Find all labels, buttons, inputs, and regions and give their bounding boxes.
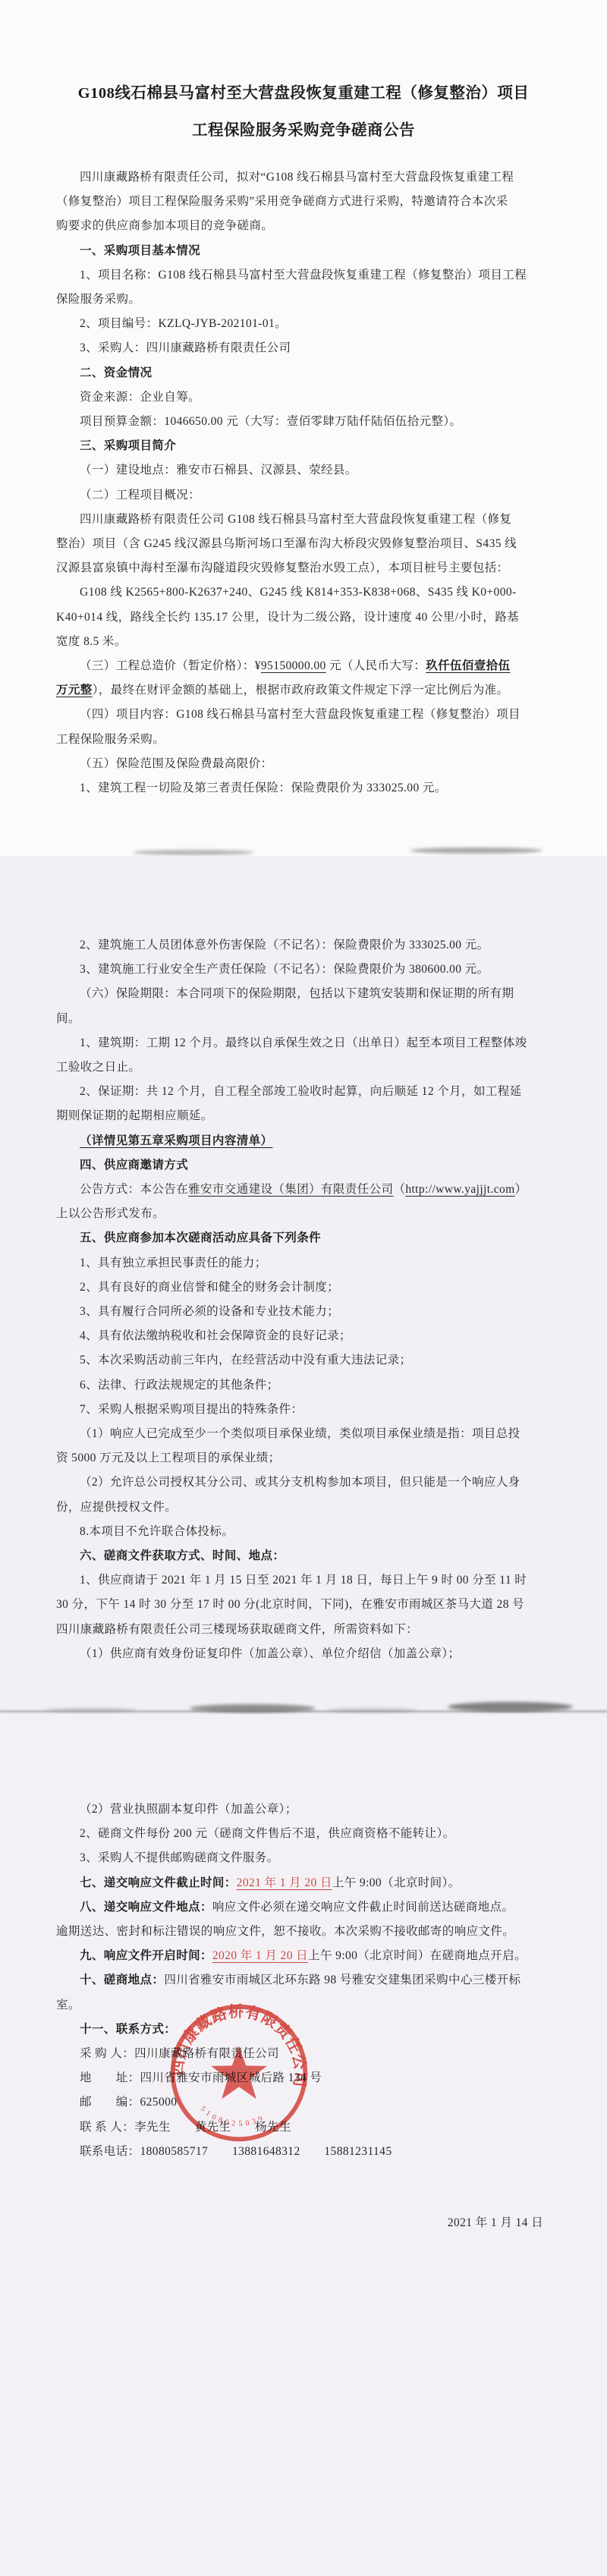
doc-line: 8.本项目不允许联合体投标。 bbox=[56, 1520, 578, 1544]
doc-line: 十一、联系方式： bbox=[56, 2018, 578, 2042]
scan-artifact bbox=[448, 1702, 573, 1712]
doc-line: （2）营业执照副本复印件（加盖公章）； bbox=[56, 1798, 578, 1822]
doc-line: 2、建筑施工人员团体意外伤害保险（不记名）：保险费限价为 333025.00 元… bbox=[56, 933, 578, 958]
scan-artifact bbox=[133, 850, 254, 855]
text-run: 2020 年 1 月 20 日 bbox=[212, 1949, 308, 1962]
page-1: G108线石棉县马富村至大营盘段恢复重建工程（修复整治）项目 工程保险服务采购竞… bbox=[0, 0, 607, 856]
scan-artifact bbox=[410, 848, 543, 854]
doc-line: 五、供应商参加本次磋商活动应具备下列条件 bbox=[56, 1226, 578, 1250]
doc-line: （二）工程项目概况： bbox=[56, 483, 578, 508]
company-seal: 四川康藏路桥有限责任公司 5108025039 bbox=[165, 1998, 313, 2148]
text-run: 八、递交响应文件地点： bbox=[80, 1901, 212, 1914]
svg-text:5108025039: 5108025039 bbox=[199, 2105, 266, 2128]
doc-line: 六、磋商文件获取方式、时间、地点： bbox=[56, 1544, 578, 1568]
title-line-1: G108线石棉县马富村至大营盘段恢复重建工程（修复整治）项目 bbox=[0, 75, 607, 112]
doc-line: （四）项目内容：G108 线石棉县马富村至大营盘段恢复重建工程（修复整治）项目 bbox=[56, 703, 578, 727]
doc-line: 购要求的供应商参加本项目的竞争磋商。 bbox=[56, 214, 578, 238]
doc-line: 资 5000 万元及以上工程项目的承保业绩； bbox=[56, 1446, 578, 1470]
doc-line: 1、具有独立承担民事责任的能力； bbox=[56, 1251, 578, 1275]
doc-line: 联系电话：18080585717 13881648312 15881231145 bbox=[56, 2140, 578, 2164]
doc-line: 3、采购人不提供邮购磋商文件服务。 bbox=[56, 1846, 578, 1870]
page-2: 2、建筑施工人员团体意外伤害保险（不记名）：保险费限价为 333025.00 元… bbox=[0, 856, 607, 1715]
doc-line: 项目预算金额：1046650.00 元（大写：壹佰零肆万陆仟陆佰伍拾元整）。 bbox=[56, 410, 578, 434]
doc-line: （三）工程总造价（暂定价格）：¥95150000.00 元（人民币大写：玖仟伍佰… bbox=[56, 654, 578, 678]
doc-line: 份，应提供授权文件。 bbox=[56, 1496, 578, 1520]
doc-line: 汉源县富泉镇中海村至瀑布沟隧道段灾毁修复整治水毁工点），本项目桩号主要包括： bbox=[56, 556, 578, 580]
doc-line: 四、供应商邀请方式 bbox=[56, 1153, 578, 1178]
doc-line: 6、法律、行政法规规定的其他条件； bbox=[56, 1373, 578, 1398]
doc-line: 上以公告形式发布。 bbox=[56, 1202, 578, 1226]
text-run: 九、响应文件开启时间： bbox=[80, 1949, 212, 1962]
doc-line: 2、项目编号：KZLQ-JYB-202101-01。 bbox=[56, 312, 578, 336]
doc-line: 九、响应文件开启时间：2020 年 1 月 20 日上午 9:00（北京时间）在… bbox=[56, 1944, 578, 1968]
doc-line: （六）保险期限：本合同项下的保险期限，包括以下建筑安装期和保证期的所有期 bbox=[56, 982, 578, 1006]
doc-line: 30 分，下午 14 时 30 分至 17 时 00 分(北京时间，下同)，在雅… bbox=[56, 1593, 578, 1617]
doc-line: 3、建筑施工行业安全生产责任保险（不记名）：保险费限价为 380600.00 元… bbox=[56, 958, 578, 982]
scanned-document: G108线石棉县马富村至大营盘段恢复重建工程（修复整治）项目 工程保险服务采购竞… bbox=[0, 0, 607, 2576]
doc-line: （详情见第五章采购项目内容清单） bbox=[56, 1129, 578, 1153]
announcement-date: 2021 年 1 月 14 日 bbox=[448, 2213, 543, 2230]
doc-line: （五）保险范围及保险费最高限价： bbox=[56, 752, 578, 776]
doc-line: （1）响应人已完成至少一个类似项目承保业绩，类似项目承保业绩是指：项目总投 bbox=[56, 1422, 578, 1446]
doc-line: 2、保证期：共 12 个月，自工程全部竣工验收时起算，向后顺延 12 个月，如工… bbox=[56, 1080, 578, 1104]
doc-line: 八、递交响应文件地点：响应文件必须在递交响应文件截止时间前送达磋商地点。 bbox=[56, 1895, 578, 1920]
text-run: 十、磋商地点： bbox=[80, 1974, 164, 1986]
text-run: 95150000.00 bbox=[261, 659, 326, 672]
doc-line: 四川康藏路桥有限责任公司，拟对“G108 线石棉县马富村至大营盘段恢复重建工程 bbox=[56, 165, 578, 190]
doc-line: （修复整治）项目工程保险服务采购”采用竞争磋商方式进行采购，特邀请符合本次采 bbox=[56, 190, 578, 214]
doc-line: （2）允许总公司授权其分公司、或其分支机构参加本项目，但只能是一个响应人身 bbox=[56, 1470, 578, 1495]
text-run: 响应文件必须在递交响应文件截止时间前送达磋商地点。 bbox=[212, 1901, 514, 1914]
doc-line: 1、供应商请于 2021 年 1 月 15 日至 2021 年 1 月 18 日… bbox=[56, 1568, 578, 1593]
text-run: 上午 9:00（北京时间）在磋商地点开启。 bbox=[308, 1949, 527, 1962]
doc-line: 资金来源：企业自筹。 bbox=[56, 385, 578, 410]
doc-line: 宽度 8.5 米。 bbox=[56, 630, 578, 654]
doc-line: 室。 bbox=[56, 1993, 578, 2018]
doc-line: 四川康藏路桥有限责任公司三楼现场获取磋商文件，所需资料如下： bbox=[56, 1618, 578, 1642]
seal-star bbox=[211, 2046, 267, 2099]
seal-number-text: 5108025039 bbox=[199, 2105, 266, 2128]
text-run: 2021 年 1 月 20 日 bbox=[237, 1876, 332, 1889]
text-run: 万元整 bbox=[56, 684, 93, 697]
scan-artifact bbox=[46, 1708, 137, 1712]
text-run: 玖仟伍佰壹拾伍 bbox=[426, 659, 510, 672]
page-3: （2）营业执照副本复印件（加盖公章）；2、磋商文件每份 200 元（磋商文件售后… bbox=[0, 1715, 607, 2576]
doc-line: 1、建筑期：工期 12 个月。最终以自承保生效之日（出单日）起至本项目工程整体竣 bbox=[56, 1031, 578, 1055]
document-title: G108线石棉县马富村至大营盘段恢复重建工程（修复整治）项目 工程保险服务采购竞… bbox=[0, 75, 607, 149]
doc-line: 采 购 人：四川康藏路桥有限责任公司 bbox=[56, 2042, 578, 2066]
doc-line: 保险服务采购。 bbox=[56, 288, 578, 312]
scan-artifact bbox=[190, 1704, 315, 1713]
doc-line: 联 系 人：李先生 黄先生 杨先生 bbox=[56, 2115, 578, 2140]
doc-line: 期则保证期的起期相应顺延。 bbox=[56, 1104, 578, 1128]
doc-line: 三、采购项目简介 bbox=[56, 434, 578, 458]
doc-line: 四川康藏路桥有限责任公司 G108 线石棉县马富村至大营盘段恢复重建工程（修复 bbox=[56, 508, 578, 532]
text-run: （详情见第五章采购项目内容清单） bbox=[80, 1134, 272, 1147]
doc-line: G108 线 K2565+800-K2637+240、G245 线 K814+3… bbox=[56, 580, 578, 605]
text-run: ），最终在财评金额的基础上，根据市政府政策文件规定下浮一定比例后为准。 bbox=[93, 684, 509, 697]
text-run: 雅安市交通建设（集团）有限责任公司 bbox=[188, 1183, 393, 1196]
text-run: （ bbox=[393, 1183, 405, 1196]
doc-line: 4、具有依法缴纳税收和社会保障资金的良好记录； bbox=[56, 1324, 578, 1348]
text-run: 元（人民币大写： bbox=[326, 659, 426, 672]
doc-line: 3、具有履行合同所必须的设备和专业技术能力； bbox=[56, 1300, 578, 1324]
doc-line: 3、采购人：四川康藏路桥有限责任公司 bbox=[56, 336, 578, 360]
doc-line: 间。 bbox=[56, 1007, 578, 1031]
doc-line: 7、采购人根据采购项目提出的特殊条件： bbox=[56, 1398, 578, 1422]
text-run: 七、递交响应文件截止时间： bbox=[80, 1876, 237, 1889]
doc-line: 整治）项目（含 G245 线汉源县乌斯河场口至瀑布沟大桥段灾毁修复整治项目、S4… bbox=[56, 532, 578, 556]
company-seal-graphic: 四川康藏路桥有限责任公司 5108025039 bbox=[165, 1998, 313, 2148]
doc-line: 1、项目名称：G108 线石棉县马富村至大营盘段恢复重建工程（修复整治）项目工程 bbox=[56, 263, 578, 288]
title-line-2: 工程保险服务采购竞争磋商公告 bbox=[0, 112, 607, 149]
page-2-content: 2、建筑施工人员团体意外伤害保险（不记名）：保险费限价为 333025.00 元… bbox=[56, 933, 578, 1666]
doc-line: K40+014 线，路线全长约 135.17 公里，设计为二级公路，设计速度 4… bbox=[56, 605, 578, 630]
doc-line: 5、本次采购活动前三年内，在经营活动中没有重大违法记录； bbox=[56, 1348, 578, 1373]
scan-artifact bbox=[326, 1708, 417, 1713]
doc-line: 二、资金情况 bbox=[56, 361, 578, 385]
doc-line: 邮 编：625000 bbox=[56, 2090, 578, 2115]
text-run: 四川省雅安市雨城区北环东路 98 号雅安交建集团采购中心三楼开标 bbox=[164, 1974, 521, 1986]
doc-line: 2、磋商文件每份 200 元（磋商文件售后不退，供应商资格不能转让）。 bbox=[56, 1822, 578, 1846]
doc-line: 万元整），最终在财评金额的基础上，根据市政府政策文件规定下浮一定比例后为准。 bbox=[56, 678, 578, 703]
text-run: http://www.yajjjt.com bbox=[405, 1183, 514, 1196]
doc-line: 工验收之日止。 bbox=[56, 1055, 578, 1080]
doc-line: 一、采购项目基本情况 bbox=[56, 239, 578, 263]
doc-line: 2、具有良好的商业信誉和健全的财务会计制度； bbox=[56, 1275, 578, 1300]
doc-line: 十、磋商地点：四川省雅安市雨城区北环东路 98 号雅安交建集团采购中心三楼开标 bbox=[56, 1968, 578, 1993]
doc-line: 逾期送达、密封和标注错误的响应文件，恕不接收。本次采购不接收邮寄的响应文件。 bbox=[56, 1920, 578, 1944]
doc-line: 地 址：四川省雅安市雨城区城后路 134 号 bbox=[56, 2066, 578, 2090]
page-3-content: （2）营业执照副本复印件（加盖公章）；2、磋商文件每份 200 元（磋商文件售后… bbox=[56, 1798, 578, 2164]
doc-line: 七、递交响应文件截止时间：2021 年 1 月 20 日上午 9:00（北京时间… bbox=[56, 1871, 578, 1895]
doc-line: 公告方式：本公告在雅安市交通建设（集团）有限责任公司（http://www.ya… bbox=[56, 1178, 578, 1202]
text-run: ） bbox=[515, 1183, 527, 1196]
doc-line: 工程保险服务采购。 bbox=[56, 728, 578, 752]
text-run: （三）工程总造价（暂定价格）：¥ bbox=[80, 659, 261, 672]
doc-line: （一）建设地点：雅安市石棉县、汉源县、荥经县。 bbox=[56, 458, 578, 483]
page-1-content: 四川康藏路桥有限责任公司，拟对“G108 线石棉县马富村至大营盘段恢复重建工程（… bbox=[56, 165, 578, 800]
text-run: 公告方式：本公告在 bbox=[80, 1183, 188, 1196]
doc-line: （1）供应商有效身份证复印件（加盖公章）、单位介绍信（加盖公章）； bbox=[56, 1642, 578, 1666]
doc-line: 1、建筑工程一切险及第三者责任保险：保险费限价为 333025.00 元。 bbox=[56, 776, 578, 800]
text-run: 上午 9:00（北京时间）。 bbox=[332, 1876, 461, 1889]
